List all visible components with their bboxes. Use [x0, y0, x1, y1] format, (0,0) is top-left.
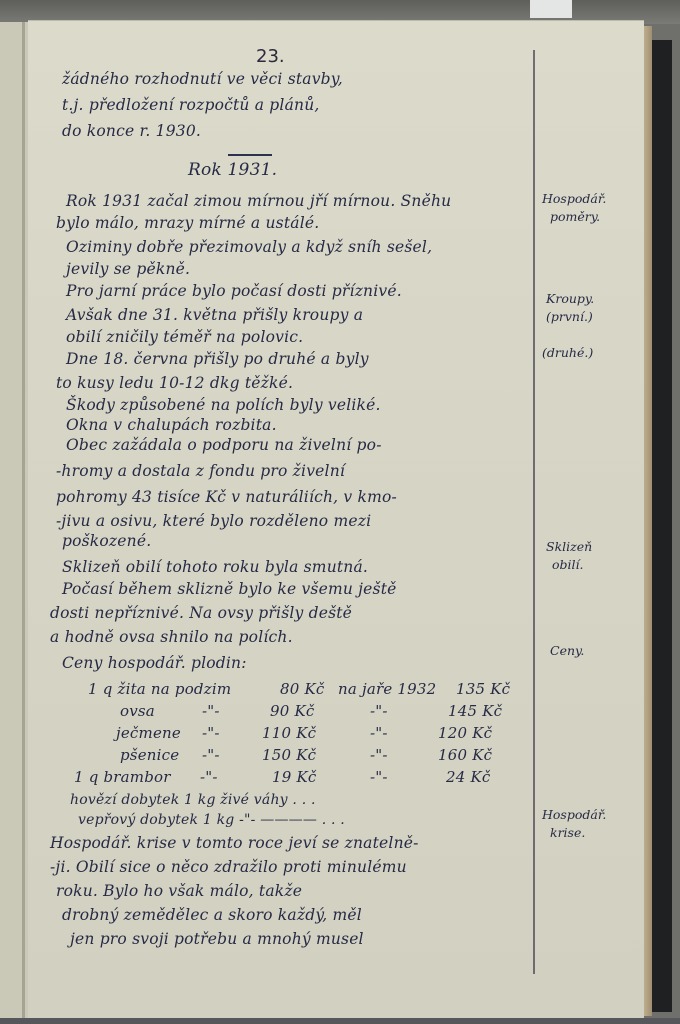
- closing-line: -ji. Obilí sice o něco zdražilo proti mi…: [50, 858, 407, 876]
- margin-note-prices: Ceny.: [550, 642, 584, 660]
- margin-note-hail: Kroupy. (první.): [546, 290, 594, 326]
- margin-rule: [533, 50, 535, 974]
- body-line: Pro jarní práce bylo počasí dosti přízni…: [66, 282, 402, 300]
- price-spring: 120 Kč: [438, 724, 492, 742]
- price-row: ovsa -"- 90 Kč -"- 145 Kč: [0, 702, 540, 724]
- body-line: Ceny hospodář. plodin:: [62, 654, 247, 672]
- body-line: pohromy 43 tisíce Kč v naturáliích, v km…: [56, 488, 397, 506]
- price-ditto: -"-: [370, 768, 388, 786]
- closing-line: drobný zemědělec a skoro každý, měl: [62, 906, 362, 924]
- price-row: ječmene -"- 110 Kč -"- 120 Kč: [0, 724, 540, 746]
- separator-rule: [228, 154, 272, 156]
- body-line: -hromy a dostala z fondu pro živelní: [56, 462, 345, 480]
- price-sep: -"-: [202, 702, 220, 720]
- intro-line: t.j. předložení rozpočtů a plánů,: [62, 96, 320, 114]
- livestock-line: vepřový dobytek 1 kg -"- ———— . . .: [78, 812, 345, 828]
- margin-note-harvest: Sklizeň obilí.: [546, 538, 592, 574]
- body-line: Rok 1931 začal zimou mírnou jří mírnou. …: [66, 192, 451, 210]
- closing-line: Hospodář. krise v tomto roce jeví se zna…: [50, 834, 419, 852]
- price-ditto: -"-: [370, 724, 388, 742]
- price-sep: -"-: [202, 746, 220, 764]
- section-heading: Rok 1931.: [188, 160, 277, 180]
- body-line: obilí zničily téměř na polovic.: [66, 328, 303, 346]
- price-row: 1 q žita na podzim 80 Kč na jaře 1932 13…: [0, 680, 540, 702]
- body-line: Okna v chalupách rozbita.: [66, 416, 277, 434]
- price-row: pšenice -"- 150 Kč -"- 160 Kč: [0, 746, 540, 768]
- margin-note-crisis: Hospodář. krise.: [542, 806, 606, 842]
- body-line: jevily se pěkně.: [66, 260, 190, 278]
- price-ditto: na jaře 1932: [338, 680, 436, 698]
- price-item: 1 q brambor: [74, 768, 171, 786]
- margin-note-economic: Hospodář. poměry.: [542, 190, 606, 226]
- body-line: Sklizeň obilí tohoto roku byla smutná.: [62, 558, 368, 576]
- bookmark-tab: [530, 0, 572, 18]
- price-autumn: 80 Kč: [280, 680, 324, 698]
- closing-line: roku. Bylo ho však málo, takže: [56, 882, 302, 900]
- body-line: bylo málo, mrazy mírné a ustálé.: [56, 214, 319, 232]
- price-item: 1 q žita na podzim: [88, 680, 231, 698]
- price-spring: 24 Kč: [446, 768, 490, 786]
- body-line: to kusy ledu 10-12 dkg těžké.: [56, 374, 293, 392]
- price-item: ovsa: [120, 702, 155, 720]
- body-line: dosti nepříznivé. Na ovsy přišly deště: [50, 604, 352, 622]
- price-autumn: 19 Kč: [272, 768, 316, 786]
- body-line: Počasí během sklizně bylo ke všemu ještě: [62, 580, 397, 598]
- previous-page-edge: [0, 22, 30, 1022]
- price-ditto: -"-: [370, 746, 388, 764]
- bottom-shadow: [0, 1018, 680, 1024]
- price-item: pšenice: [120, 746, 179, 764]
- body-line: Avšak dne 31. května přišly kroupy a: [66, 306, 363, 324]
- price-autumn: 110 Kč: [262, 724, 316, 742]
- price-autumn: 90 Kč: [270, 702, 314, 720]
- price-spring: 160 Kč: [438, 746, 492, 764]
- price-spring: 135 Kč: [456, 680, 510, 698]
- price-autumn: 150 Kč: [262, 746, 316, 764]
- body-line: Dne 18. června přišly po druhé a byly: [66, 350, 369, 368]
- intro-line: žádného rozhodnutí ve věci stavby,: [62, 70, 343, 88]
- body-line: Škody způsobené na polích byly veliké.: [66, 396, 381, 414]
- body-line: Oziminy dobře přezimovaly a když sníh se…: [66, 238, 432, 256]
- price-item: ječmene: [116, 724, 181, 742]
- body-line: poškozené.: [62, 532, 151, 550]
- price-ditto: -"-: [370, 702, 388, 720]
- page-number: 23.: [256, 46, 285, 67]
- price-sep: -"-: [200, 768, 218, 786]
- body-line: -jivu a osivu, které bylo rozděleno mezi: [56, 512, 371, 530]
- book-gutter: [22, 22, 25, 1022]
- price-spring: 145 Kč: [448, 702, 502, 720]
- intro-line: do konce r. 1930.: [62, 122, 201, 140]
- price-sep: -"-: [202, 724, 220, 742]
- margin-note-hail-second: (druhé.): [542, 344, 593, 362]
- body-line: Obec zažádala o podporu na živelní po-: [66, 436, 382, 454]
- body-line: a hodně ovsa shnilo na polích.: [50, 628, 293, 646]
- livestock-line: hovězí dobytek 1 kg živé váhy . . .: [70, 792, 316, 808]
- closing-line: jen pro svoji potřebu a mnohý musel: [70, 930, 364, 948]
- price-row: 1 q brambor -"- 19 Kč -"- 24 Kč: [0, 768, 540, 790]
